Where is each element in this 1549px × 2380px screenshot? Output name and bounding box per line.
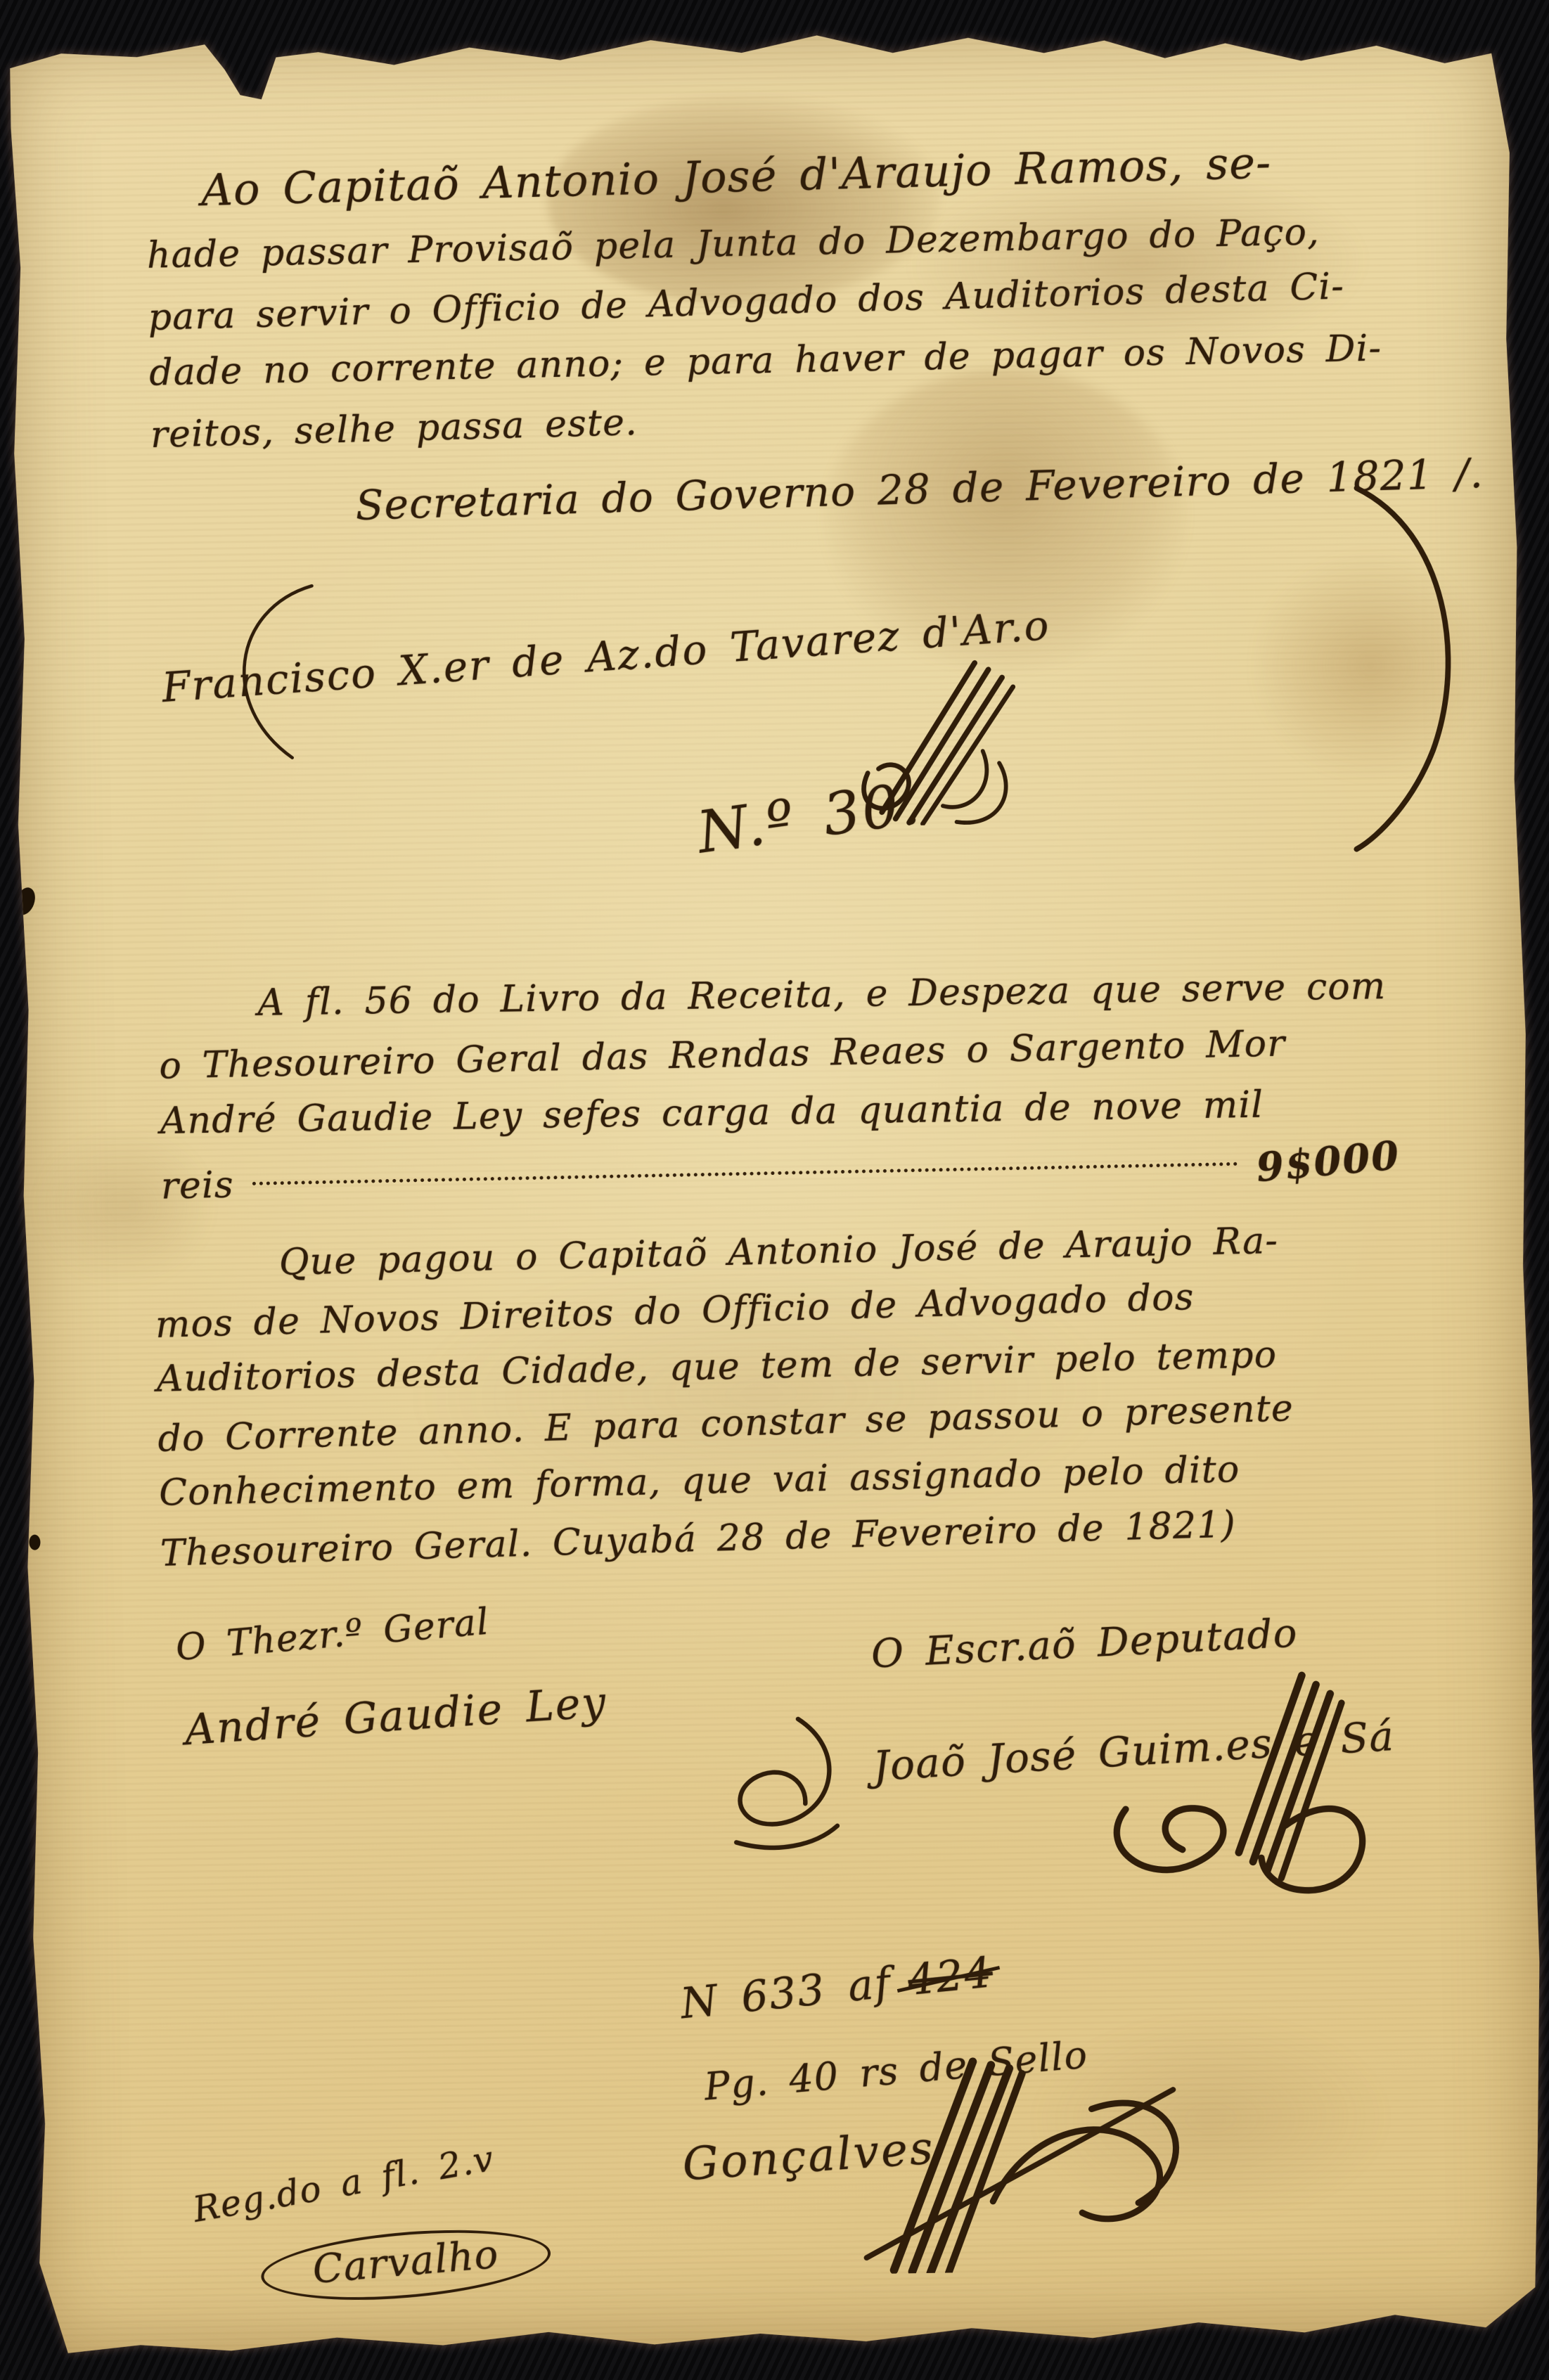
registration-line: Reg.do a fl. 2.v (190, 2137, 497, 2230)
registrar-signature: Carvalho (258, 2220, 553, 2310)
secretary-signature: Francisco X.er de Az.do Tavarez d'Ar.o (160, 601, 1051, 712)
dotted-leader (252, 1162, 1238, 1185)
body-paragraph: Que pagou o Capitaõ Antonio José de Arau… (153, 1213, 1297, 1580)
dateline: Secretaria do Governo 28 de Fevereiro de… (354, 449, 1484, 529)
treasurer-rubric-icon (690, 1675, 859, 1886)
paper-wrapper: Ao Capitaõ Antonio José d'Araujo Ramos, … (1, 13, 1547, 2356)
registry-number-line: N 633 af424 (678, 1948, 995, 2028)
treasurer-title: O Thezr.º Geral (174, 1600, 491, 1669)
receipt-paragraph: A fl. 56 do Livro da Receita, e Despeza … (158, 958, 1401, 1214)
pen-sweep-flourish-icon (1343, 455, 1477, 886)
struck-number: 424 (906, 1948, 995, 2005)
amount-value: 9$000 (1254, 1125, 1403, 1201)
ink-blot (12, 885, 39, 918)
photo-background: Ao Capitaõ Antonio José d'Araujo Ramos, … (0, 0, 1549, 2380)
opening-paragraph: Ao Capitaõ Antonio José d'Araujo Ramos, … (145, 129, 1384, 461)
clerk-signature: Joaõ José Guim.es e Sá (872, 1712, 1396, 1790)
crossed-signature: Gonçalves (681, 2123, 936, 2192)
manuscript-paper: Ao Capitaõ Antonio José d'Araujo Ramos, … (1, 13, 1547, 2356)
clerk-title: O Escr.aõ Deputado (870, 1610, 1299, 1677)
amount-word: reis (160, 1157, 234, 1216)
treasurer-signature: André Gaudie Ley (183, 1678, 608, 1755)
document-number: N.º 30. (693, 770, 925, 867)
registrar-name: Carvalho (258, 2220, 553, 2310)
stamp-fee-line: Pg. 40 rs de Sello (702, 2032, 1089, 2109)
ink-stain (1248, 548, 1493, 783)
ink-blot (29, 1534, 40, 1550)
clerk-rubric-icon (992, 1661, 1479, 1912)
registry-number: N 633 af (678, 1958, 894, 2028)
